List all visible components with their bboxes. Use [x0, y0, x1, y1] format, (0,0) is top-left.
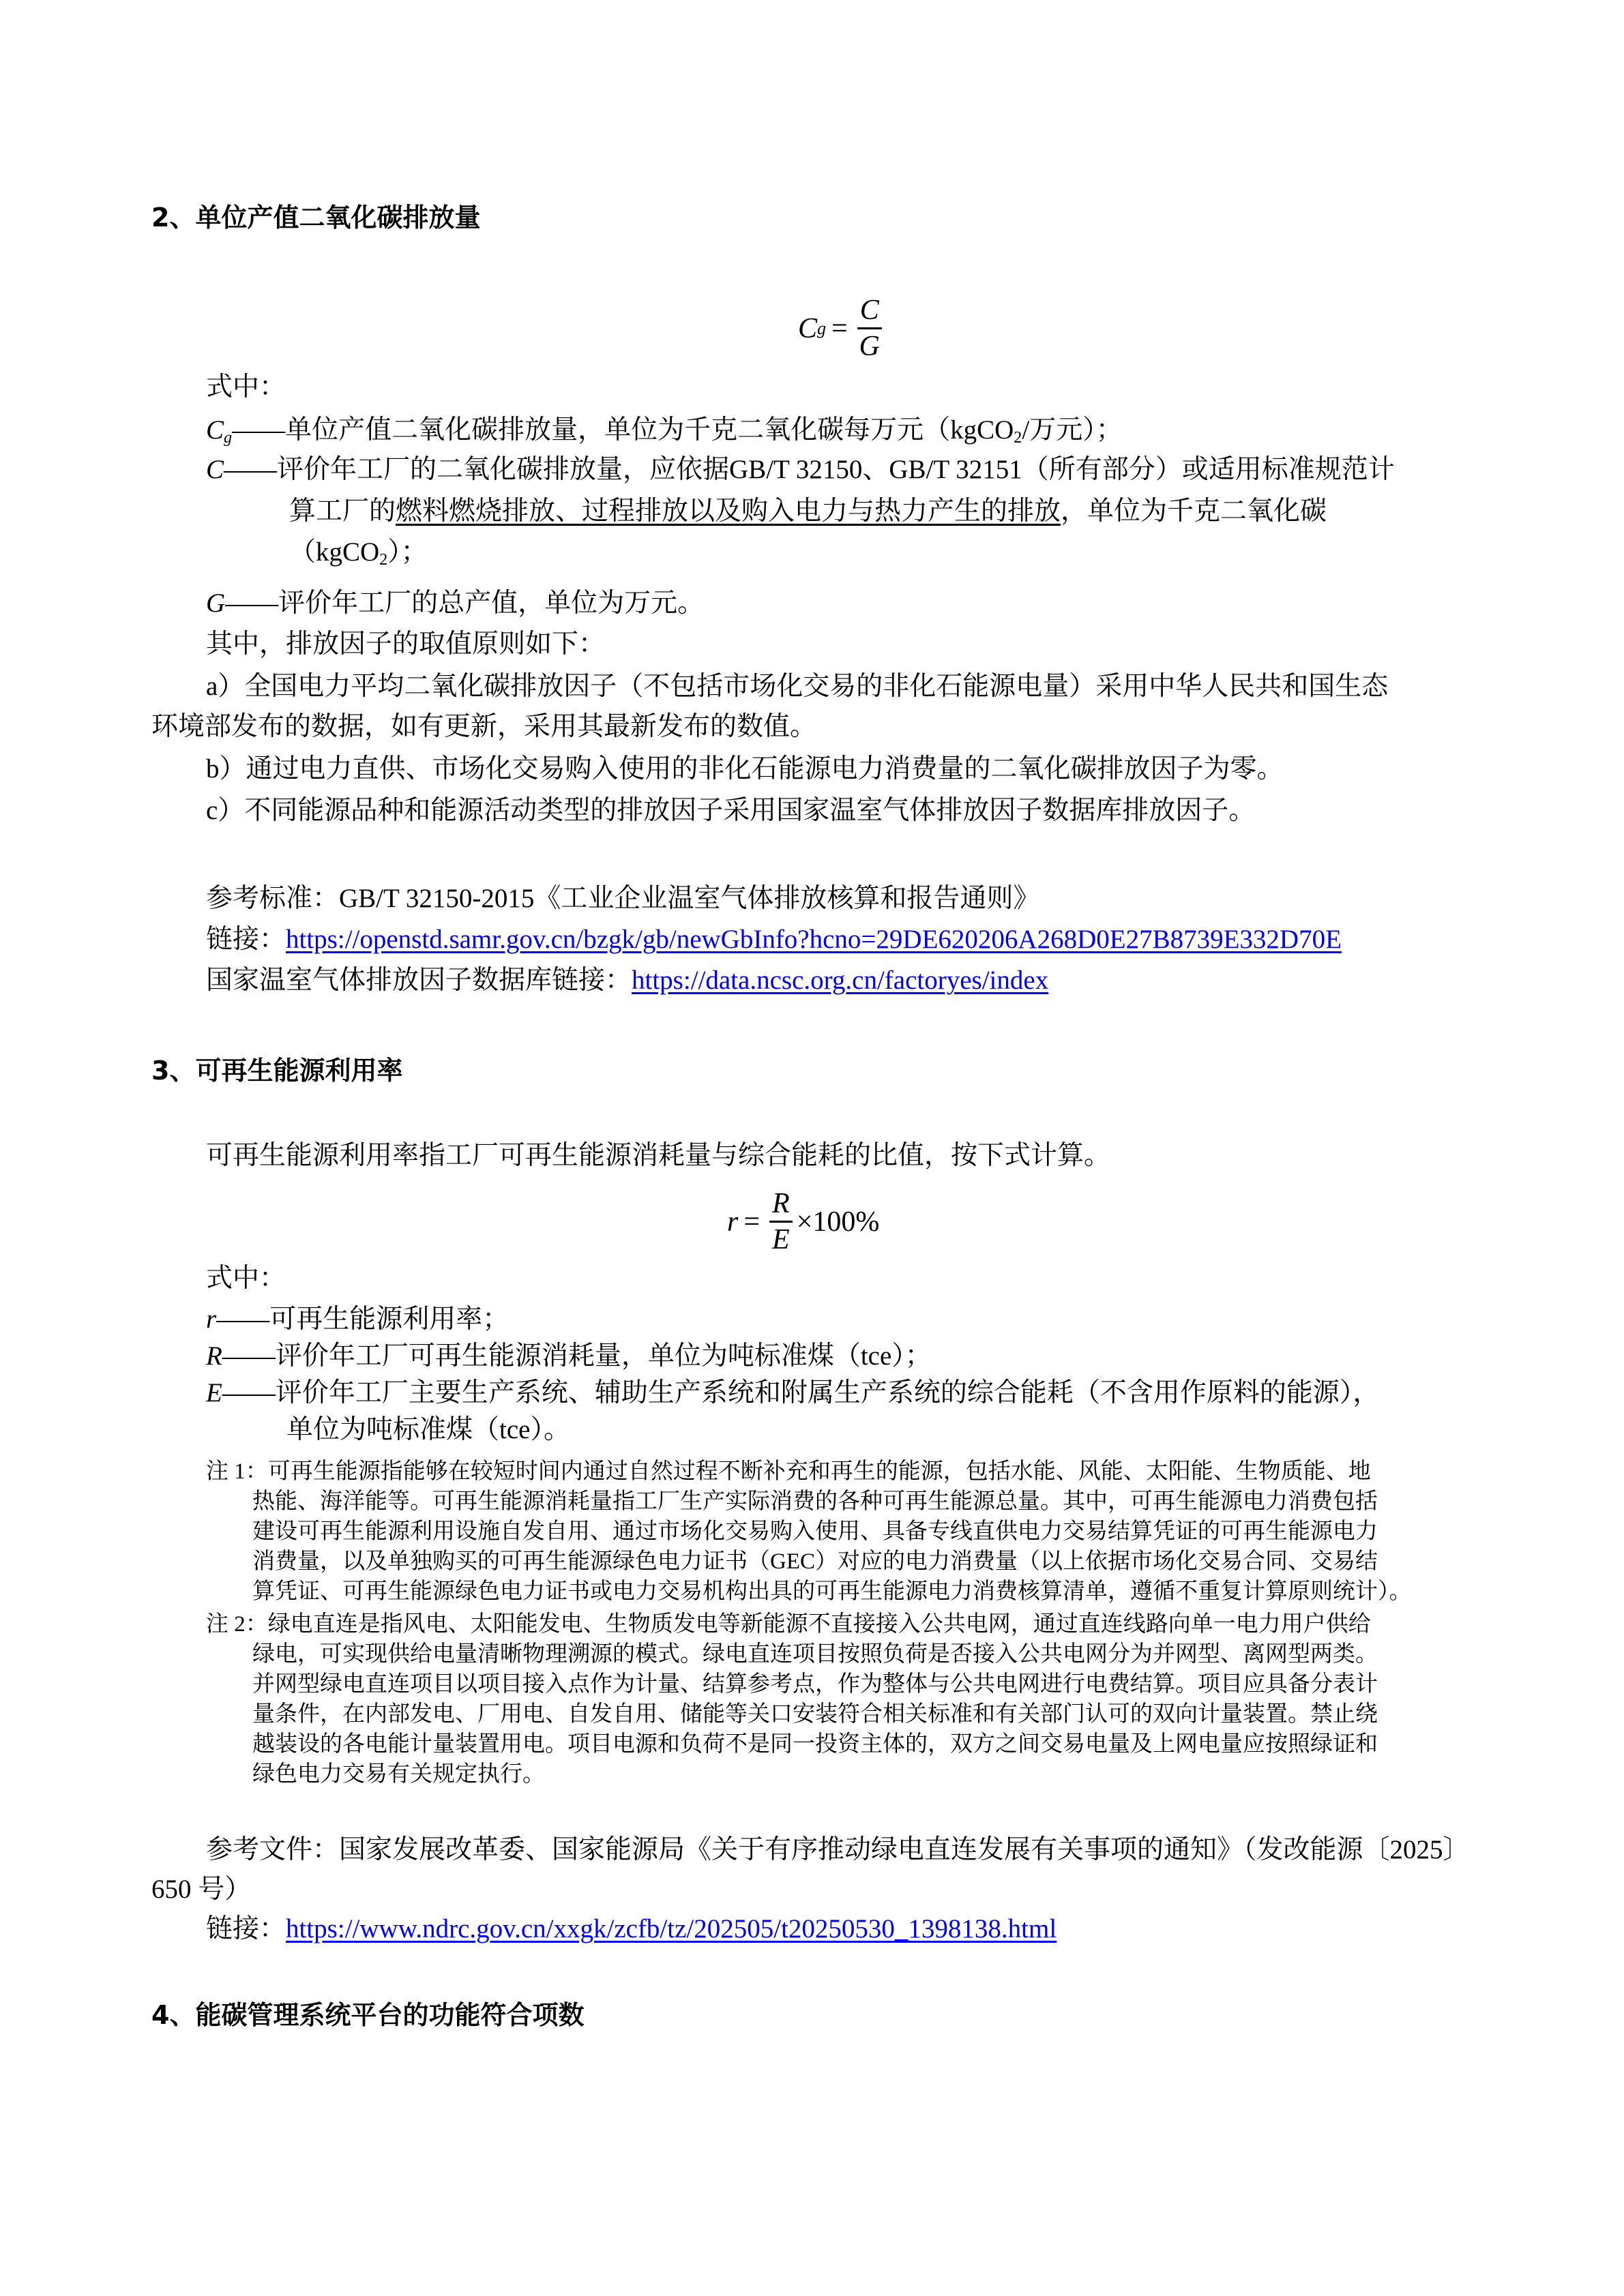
formula-tail: ×100%	[797, 1206, 880, 1238]
def-text: ——可再生能源利用率；	[216, 1304, 509, 1334]
formula-lhs-sub: g	[817, 318, 826, 339]
where-label: 式中：	[206, 372, 286, 403]
section-3-heading: 3、可再生能源利用率	[151, 1055, 402, 1086]
def-symbol: G	[206, 588, 225, 618]
def-c-line2: 算工厂的燃料燃烧排放、过程排放以及购入电力与热力产生的排放，单位为千克二氧化碳	[289, 496, 1327, 527]
formula-lhs: r	[727, 1206, 738, 1238]
note-line: 越装设的各电能计量装置用电。项目电源和负荷不是同一投资主体的，双方之间交易电量及…	[252, 1731, 1378, 1758]
def-text-sub: 2	[1014, 428, 1022, 447]
link-line: 链接：https://www.ndrc.gov.cn/xxgk/zcfb/tz/…	[206, 1913, 1057, 1945]
def-text: ——单位产值二氧化碳排放量，单位为千克二氧化碳每万元（kgCO	[232, 415, 1014, 445]
fraction: R E	[769, 1187, 793, 1257]
def-text: 算工厂的	[289, 496, 396, 526]
fraction: C G	[857, 293, 882, 363]
def-text: ——评价年工厂的二氧化碳排放量，应依据GB/T 32150、GB/T 32151…	[224, 455, 1395, 484]
reference-document-line2: 650 号）	[151, 1874, 251, 1905]
principle-a-line2: 环境部发布的数据，如有更新，采用其最新发布的数值。	[151, 711, 816, 743]
openstd-link[interactable]: https://openstd.samr.gov.cn/bzgk/gb/newG…	[286, 925, 1342, 954]
principle-c: c）不同能源品种和能源活动类型的排放因子采用国家温室气体排放因子数据库排放因子。	[206, 795, 1255, 826]
note-line: 算凭证、可再生能源绿色电力证书或电力交易机构出具的可再生能源电力消费核算清单，遵…	[252, 1578, 1412, 1605]
principle-intro: 其中，排放因子的取值原则如下：	[206, 629, 605, 660]
reference-standard: 参考标准：GB/T 32150-2015《工业企业温室气体排放核算和报告通则》	[206, 883, 1039, 914]
note-line: 并网型绿电直连项目以项目接入点作为计量、结算参考点，作为整体与公共电网进行电费结…	[252, 1671, 1378, 1698]
def-symbol: r	[206, 1304, 216, 1334]
section-4-heading: 4、能碳管理系统平台的功能符合项数	[151, 1999, 584, 2031]
formula-cg: Cg = C G	[798, 293, 886, 363]
section-2-heading: 2、单位产值二氧化碳排放量	[151, 202, 480, 233]
principle-a: a）全国电力平均二氧化碳排放因子（不包括市场化交易的非化石能源电量）采用中华人民…	[206, 671, 1388, 702]
def-text: ——评价年工厂的总产值，单位为万元。	[225, 588, 704, 618]
def-E-line2: 单位为吨标准煤（tce）。	[286, 1414, 570, 1446]
def-text: ——评价年工厂可再生能源消耗量，单位为吨标准煤（tce）；	[222, 1341, 932, 1371]
def-text: ，单位为千克二氧化碳	[1061, 496, 1327, 526]
def-text-end: ）；	[387, 537, 428, 567]
def-symbol: C	[206, 455, 224, 484]
def-text-end: /万元）；	[1022, 415, 1122, 445]
note-line: 消费量，以及单独购买的可再生能源绿色电力证书（GEC）对应的电力消费量（以上依据…	[252, 1548, 1378, 1575]
formula-eq: =	[743, 1206, 760, 1238]
fraction-numerator: R	[769, 1187, 793, 1223]
reference-document: 参考文件：国家发展改革委、国家能源局《关于有序推动绿电直连发展有关事项的通知》（…	[206, 1834, 1470, 1866]
underlined-text: 燃料燃烧排放、过程排放以及购入电力与热力产生的排放	[396, 496, 1061, 526]
ncsc-link[interactable]: https://data.ncsc.org.cn/factoryes/index	[632, 966, 1048, 995]
note-line: 注 2：绿电直连是指风电、太阳能发电、生物质发电等新能源不直接接入公共电网，通过…	[206, 1611, 1371, 1638]
def-E: E——评价年工厂主要生产系统、辅助生产系统和附属生产系统的综合能耗（不含用作原料…	[206, 1377, 1379, 1409]
def-c-line3: （kgCO2）；	[289, 537, 428, 576]
link-line: 链接：https://openstd.samr.gov.cn/bzgk/gb/n…	[206, 924, 1342, 955]
formula-eq: =	[831, 312, 848, 345]
note-line: 绿电，可实现供给电量清晰物理溯源的模式。绿电直连项目按照负荷是否接入公共电网分为…	[252, 1641, 1378, 1668]
def-r: r——可再生能源利用率；	[206, 1304, 509, 1335]
def-cg: Cg——单位产值二氧化碳排放量，单位为千克二氧化碳每万元（kgCO2/万元）；	[206, 415, 1123, 453]
def-text: （kgCO	[289, 537, 379, 567]
fraction-numerator: C	[857, 293, 882, 329]
formula-lhs: C	[798, 312, 817, 345]
def-symbol: C	[206, 415, 224, 445]
note-line: 建设可再生能源利用设施自发自用、通过市场化交易购入使用、具备专线直供电力交易结算…	[252, 1518, 1378, 1545]
note-line: 热能、海洋能等。可再生能源消耗量指工厂生产实际消费的各种可再生能源总量。其中，可…	[252, 1488, 1378, 1515]
def-symbol: E	[206, 1378, 222, 1407]
fraction-denominator: E	[772, 1223, 790, 1257]
link-label: 国家温室气体排放因子数据库链接：	[206, 966, 632, 995]
def-text: ——评价年工厂主要生产系统、辅助生产系统和附属生产系统的综合能耗（不含用作原料的…	[222, 1378, 1380, 1407]
def-g: G——评价年工厂的总产值，单位为万元。	[206, 588, 704, 619]
ndrc-link[interactable]: https://www.ndrc.gov.cn/xxgk/zcfb/tz/202…	[286, 1914, 1057, 1943]
link-label: 链接：	[206, 1914, 286, 1943]
formula-r: r = R E ×100%	[727, 1187, 879, 1257]
where-label: 式中：	[206, 1263, 286, 1294]
principle-b: b）通过电力直供、市场化交易购入使用的非化石能源电力消费量的二氧化碳排放因子为零…	[206, 754, 1284, 785]
db-link-line: 国家温室气体排放因子数据库链接：https://data.ncsc.org.cn…	[206, 965, 1048, 996]
note-line: 量条件，在内部发电、厂用电、自发自用、储能等关口安装符合相关标准和有关部门认可的…	[252, 1701, 1378, 1728]
note-line: 绿色电力交易有关规定执行。	[252, 1761, 545, 1788]
def-text-sub: 2	[379, 550, 387, 569]
fraction-denominator: G	[859, 329, 880, 363]
link-label: 链接：	[206, 925, 286, 954]
section-3-intro: 可再生能源利用率指工厂可再生能源消耗量与综合能耗的比值，按下式计算。	[206, 1140, 1110, 1172]
def-c: C——评价年工厂的二氧化碳排放量，应依据GB/T 32150、GB/T 3215…	[206, 454, 1395, 486]
def-symbol: R	[206, 1341, 222, 1371]
def-R: R——评价年工厂可再生能源消耗量，单位为吨标准煤（tce）；	[206, 1341, 932, 1372]
note-line: 注 1：可再生能源指能够在较短时间内通过自然过程不断补充和再生的能源，包括水能、…	[206, 1458, 1371, 1485]
def-symbol-sub: g	[224, 428, 232, 447]
